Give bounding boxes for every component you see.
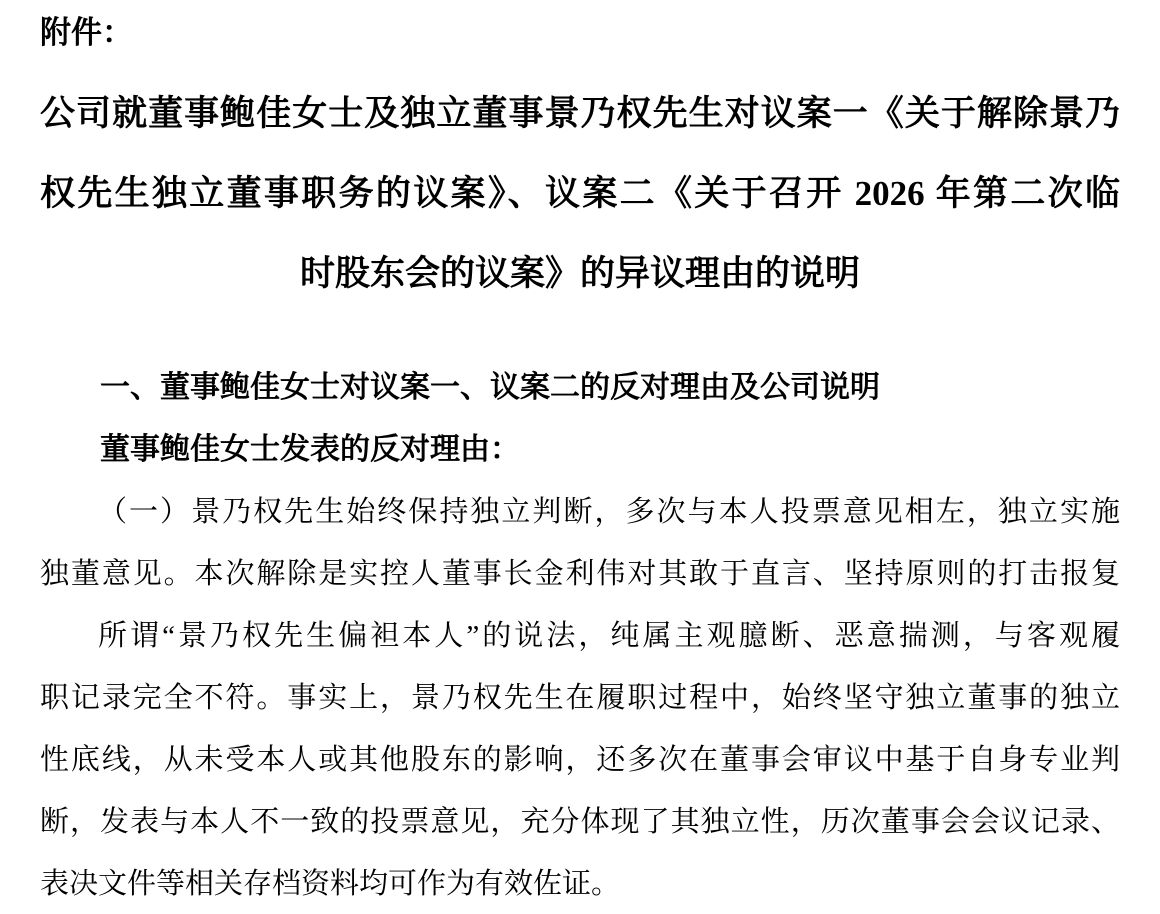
attachment-label: 附件： bbox=[40, 10, 1120, 56]
paragraph-line: 表决文件等相关存档资料均可作为有效佐证。 bbox=[40, 853, 1120, 914]
paragraph-line: 独董意见。本次解除是实控人董事长金利伟对其敢于直言、坚持原则的打击报复 bbox=[40, 543, 1120, 605]
objection-reason-subheading: 董事鲍佳女士发表的反对理由： bbox=[40, 419, 1120, 481]
paragraph-objection-1: （一）景乃权先生始终保持独立判断，多次与本人投票意见相左，独立实施 独董意见。本… bbox=[40, 481, 1120, 605]
section-heading: 一、董事鲍佳女士对议案一、议案二的反对理由及公司说明 bbox=[40, 357, 1120, 419]
document-title: 公司就董事鲍佳女士及独立董事景乃权先生对议案一《关于解除景乃 权先生独立董事职务… bbox=[40, 74, 1120, 314]
title-line: 时股东会的议案》的异议理由的说明 bbox=[40, 234, 1120, 314]
paragraph-line: （一）景乃权先生始终保持独立判断，多次与本人投票意见相左，独立实施 bbox=[40, 481, 1120, 543]
title-line: 权先生独立董事职务的议案》、议案二《关于召开 2026 年第二次临 bbox=[40, 154, 1120, 234]
document-page: 附件： 公司就董事鲍佳女士及独立董事景乃权先生对议案一《关于解除景乃 权先生独立… bbox=[0, 0, 1160, 914]
title-line: 公司就董事鲍佳女士及独立董事景乃权先生对议案一《关于解除景乃 bbox=[40, 74, 1120, 154]
paragraph-objection-2: 所谓“景乃权先生偏袒本人”的说法，纯属主观臆断、恶意揣测，与客观履 职记录完全不… bbox=[40, 605, 1120, 914]
paragraph-line: 性底线，从未受本人或其他股东的影响，还多次在董事会审议中基于自身专业判 bbox=[40, 729, 1120, 791]
paragraph-line: 所谓“景乃权先生偏袒本人”的说法，纯属主观臆断、恶意揣测，与客观履 bbox=[40, 605, 1120, 667]
paragraph-line: 职记录完全不符。事实上，景乃权先生在履职过程中，始终坚守独立董事的独立 bbox=[40, 667, 1120, 729]
paragraph-line: 断，发表与本人不一致的投票意见，充分体现了其独立性，历次董事会会议记录、 bbox=[40, 791, 1120, 853]
